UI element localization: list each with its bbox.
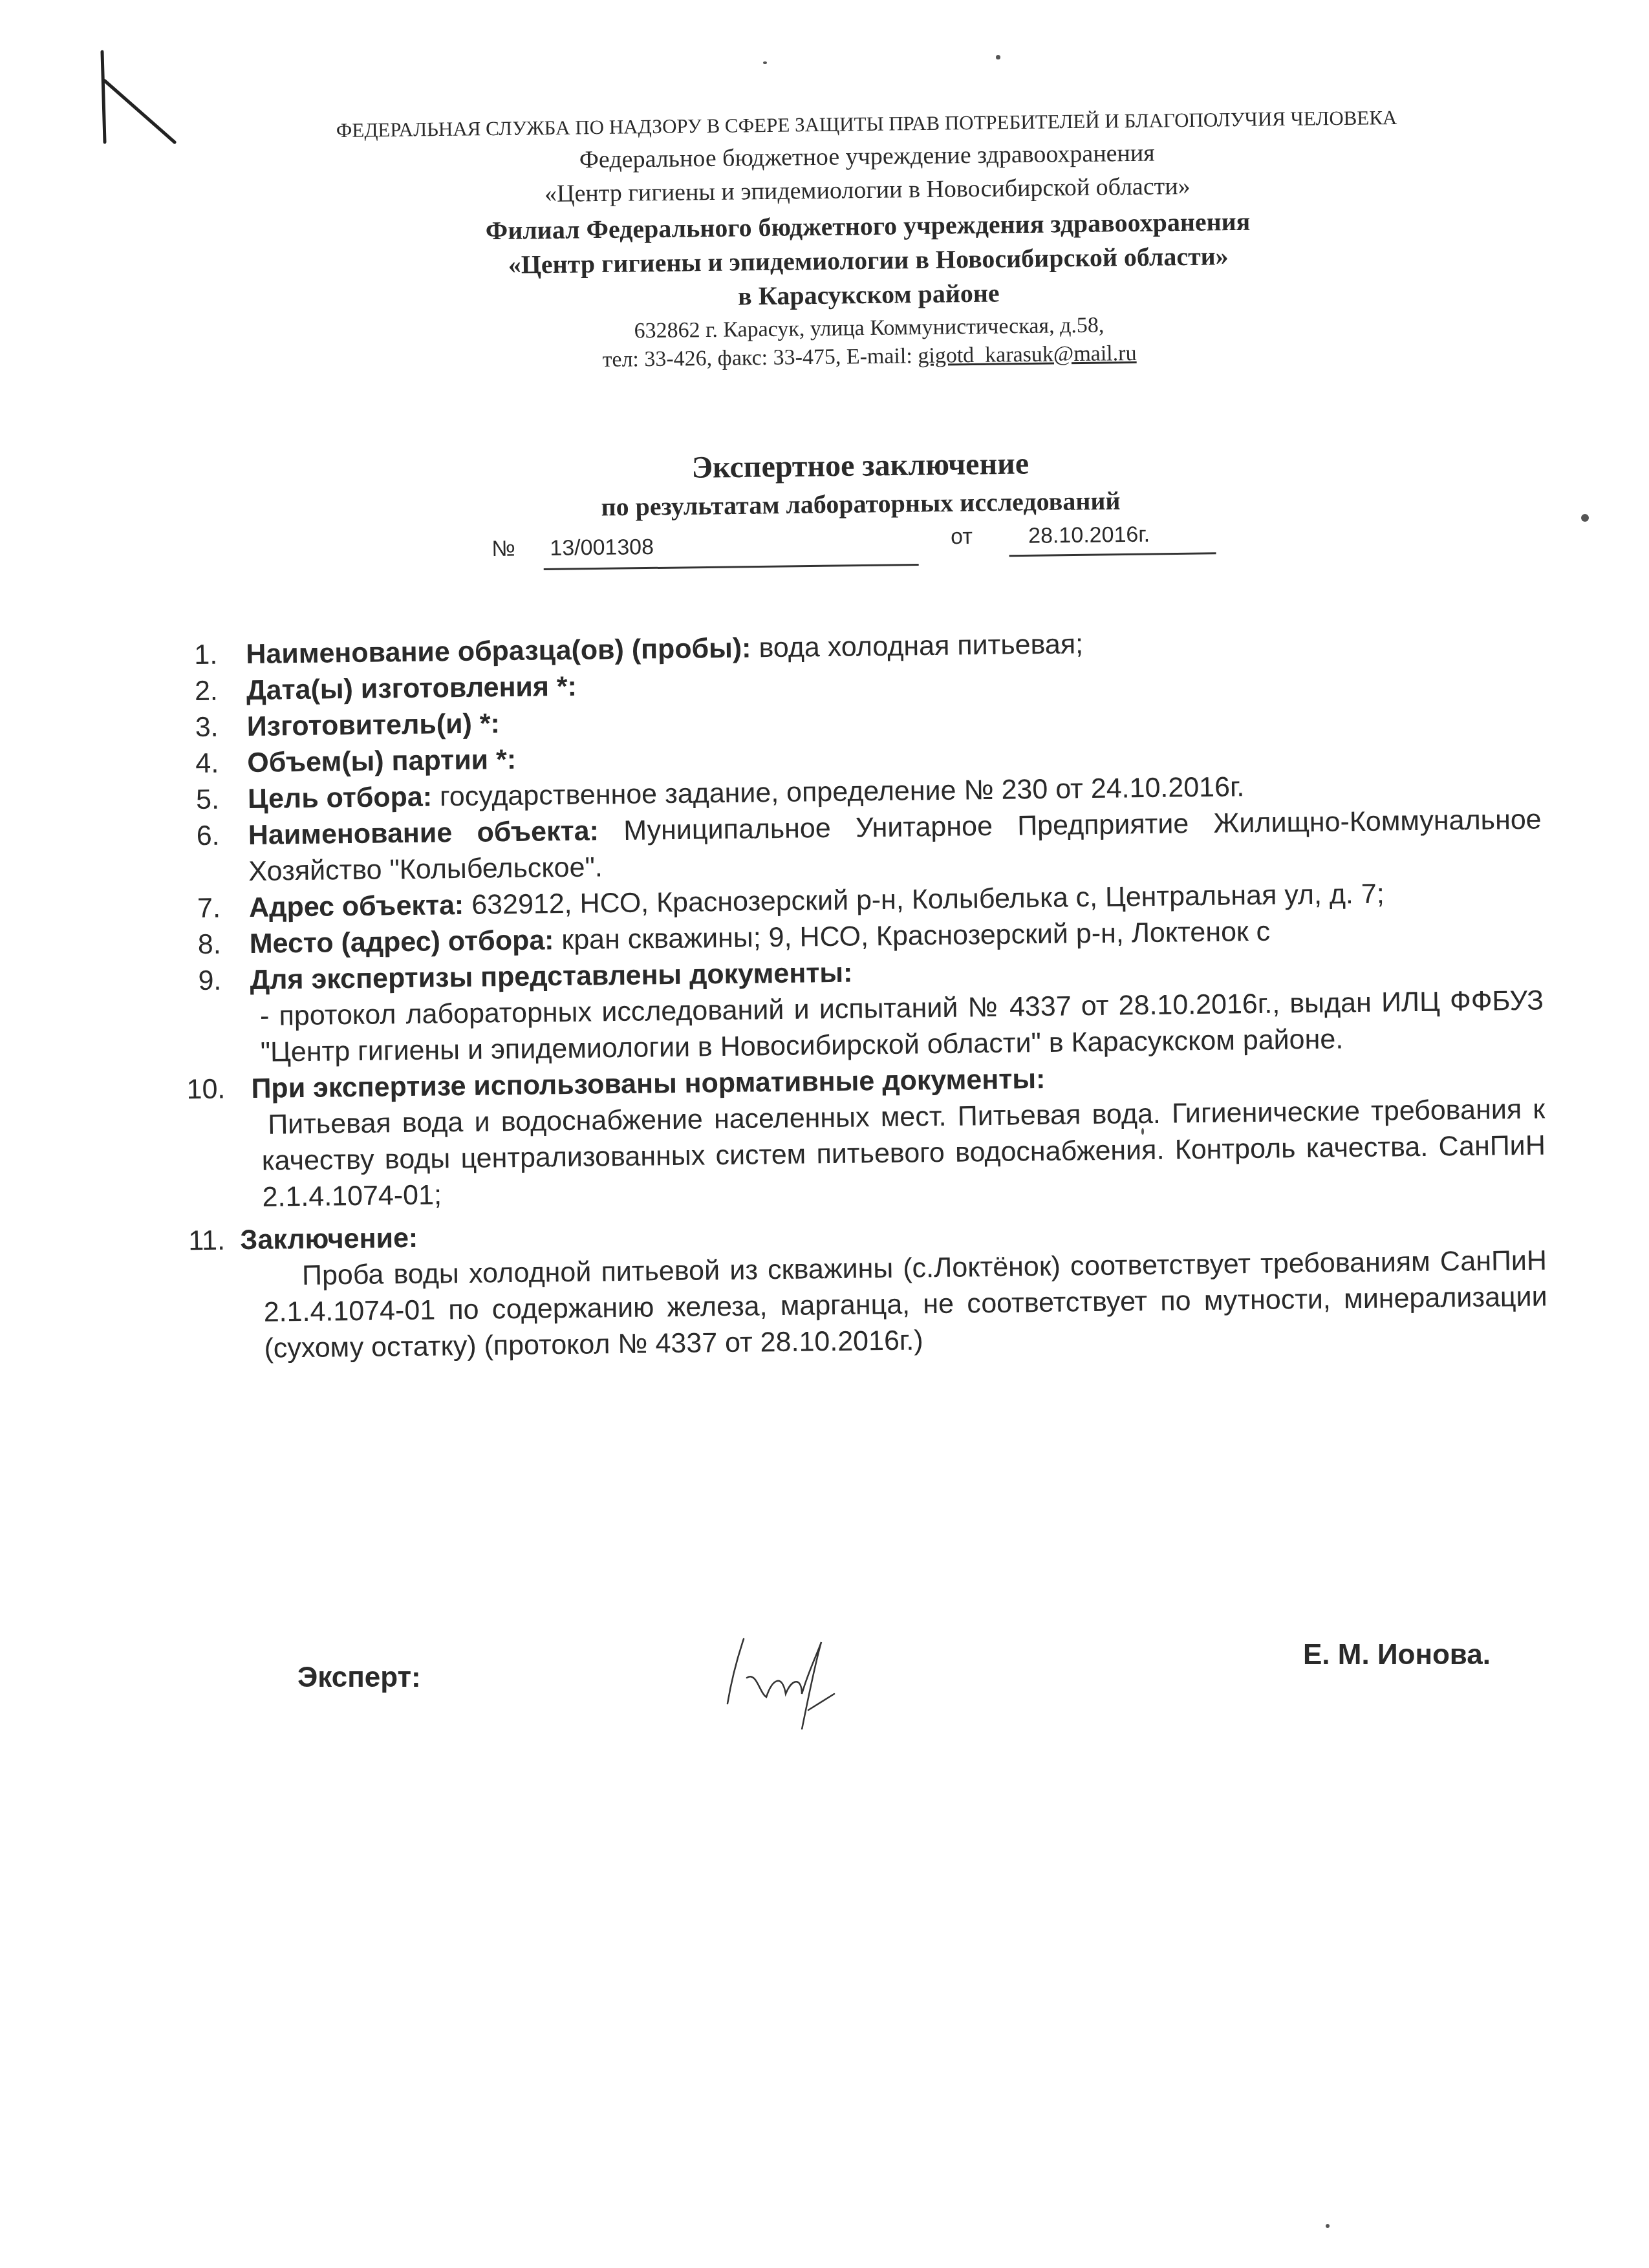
scan-speck [1326, 2224, 1330, 2228]
contacts-text: тел: 33-426, факс: 33-475, E-mail: [602, 344, 918, 372]
number-label: № [491, 537, 515, 562]
letterhead: ФЕДЕРАЛЬНАЯ СЛУЖБА ПО НАДЗОРУ В СФЕРЕ ЗА… [285, 105, 1452, 376]
date-label: от [951, 524, 973, 550]
scan-speck [763, 61, 767, 64]
number-underline [544, 564, 919, 570]
handwritten-signature [711, 1632, 899, 1729]
document-body: 1. Наименование образца(ов) (пробы): вод… [194, 621, 1548, 1367]
expert-label: Эксперт: [297, 1662, 421, 1694]
handwritten-corner-mark [91, 45, 188, 149]
document-subtitle: по результатам лабораторных исследований [473, 484, 1249, 524]
date-underline [1009, 552, 1216, 557]
document-number-row: № 13/001308 от 28.10.2016г. [491, 521, 1236, 582]
scan-speck [1581, 514, 1589, 522]
scan-speck [996, 55, 1000, 59]
document-date: 28.10.2016г. [1028, 522, 1150, 549]
document-title-block: Экспертное заключение по результатам лаб… [472, 443, 1249, 524]
document-page: ФЕДЕРАЛЬНАЯ СЛУЖБА ПО НАДЗОРУ В СФЕРЕ ЗА… [0, 0, 1649, 2268]
email-link[interactable]: gigotd_karasuk@mail.ru [918, 341, 1137, 368]
expert-name: Е. М. Ионова. [1303, 1639, 1491, 1671]
conclusion-text: Проба воды холодной питьевой из скважины… [202, 1243, 1548, 1367]
normative-documents-text: Питьевая вода и водоснабжение населенных… [200, 1091, 1546, 1216]
document-number: 13/001308 [550, 535, 654, 561]
document-title: Экспертное заключение [472, 443, 1249, 488]
